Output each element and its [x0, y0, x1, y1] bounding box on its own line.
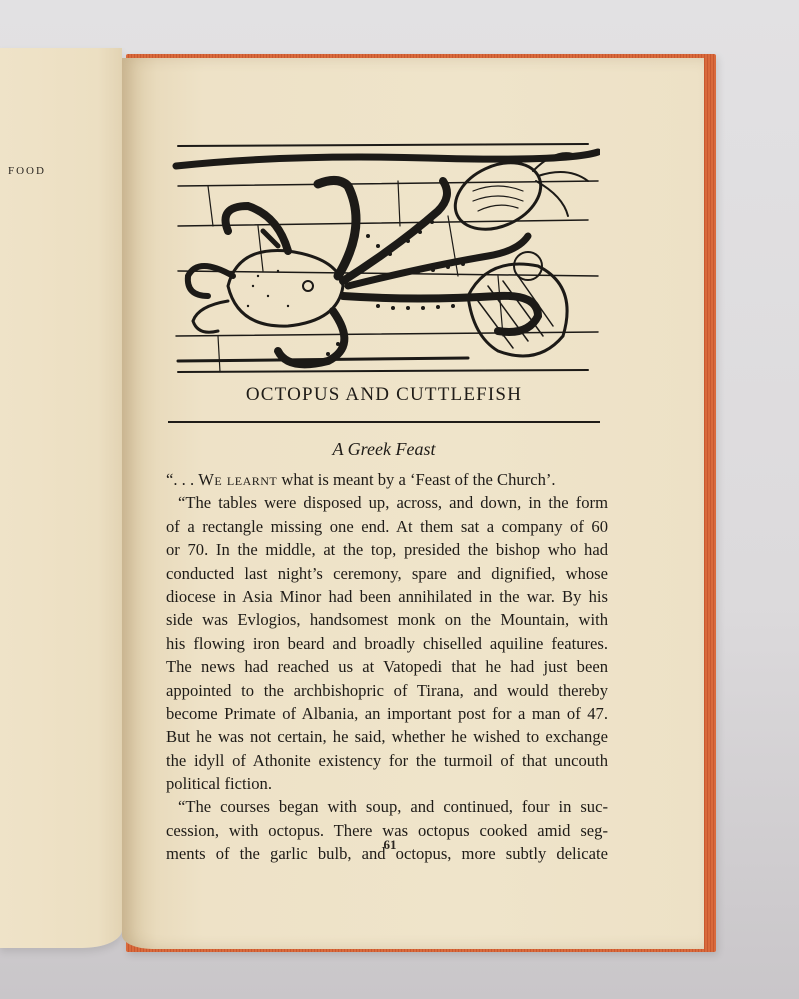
text-line: of a rectangle missing one end. At them …: [166, 515, 608, 538]
octopus-illustration: [168, 136, 600, 381]
opening-smallcaps: We learnt: [198, 470, 277, 489]
text-line: “The courses began with soup, and contin…: [166, 795, 608, 818]
text-line: The news had reached us at Vatopedi that…: [166, 655, 608, 678]
text-line: his flowing iron beard and broadly chise…: [166, 632, 608, 655]
title-rule: [168, 421, 600, 423]
left-page: FOOD like that of veal. . I have seen it…: [0, 48, 122, 948]
body-text: “. . . We learnt what is meant by a ‘Fea…: [166, 468, 608, 866]
chapter-title: OCTOPUS AND CUTTLEFISH: [168, 384, 600, 406]
text-line: diocese in Asia Minor had been annihilat…: [166, 585, 608, 608]
text-line: or 70. In the middle, at the top, presid…: [166, 538, 608, 561]
text-line: political fiction.: [166, 772, 608, 795]
opening-line: “. . . We learnt what is meant by a ‘Fea…: [166, 468, 608, 491]
text-line: appointed to the archbishopric of Tirana…: [166, 679, 608, 702]
opening-quote: “. . .: [166, 470, 198, 489]
text-line: conducted last night’s ceremony, spare a…: [166, 562, 608, 585]
text-line: the idyll of Athonite existency for the …: [166, 749, 608, 772]
text-line: “The tables were disposed up, across, an…: [166, 491, 608, 514]
running-head: FOOD: [8, 165, 46, 177]
page-number: 61: [370, 837, 410, 853]
text-line: But he was not certain, he said, whether…: [166, 725, 608, 748]
section-subtitle: A Greek Feast: [168, 439, 600, 460]
text-line: side was Evlogios, handsomest monk on th…: [166, 608, 608, 631]
text-line: become Primate of Albania, an important …: [166, 702, 608, 725]
opening-rest: what is meant by a ‘Feast of the Church’…: [277, 470, 555, 489]
